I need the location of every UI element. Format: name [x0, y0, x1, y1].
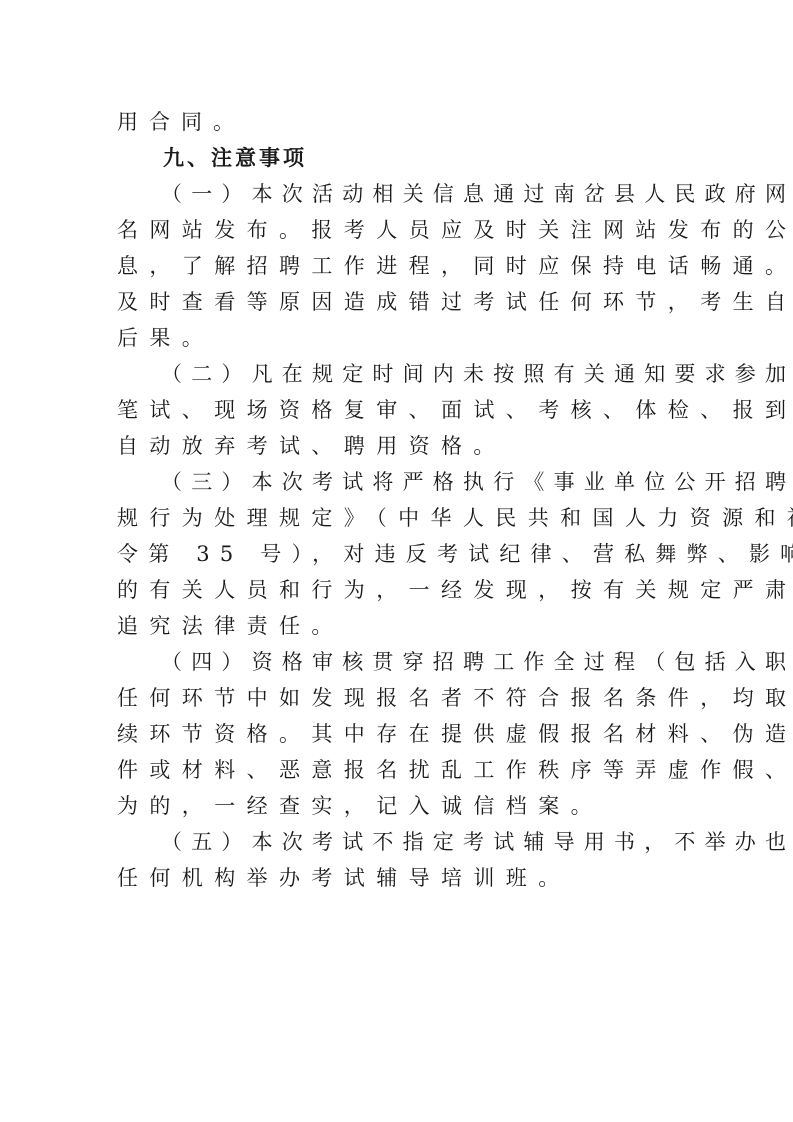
continuation-text: 用合同。	[117, 104, 673, 140]
paragraph-line: 追究法律责任。	[117, 608, 673, 644]
paragraph-line: 续环节资格。其中存在提供虚假报名材料、伪造编造有关证	[117, 716, 673, 752]
paragraph-line: 任何机构举办考试辅导培训班。	[117, 860, 673, 896]
notice-item-3: （三）本次考试将严格执行《事业单位公开招聘违纪违 规行为处理规定》（中华人民共和…	[117, 464, 673, 644]
paragraph-line: （四）资格审核贯穿招聘工作全过程（包括入职后），	[117, 644, 673, 680]
paragraph-line: 息，了解招聘工作进程，同时应保持电话畅通。若因个人未	[117, 248, 673, 284]
notice-item-2: （二）凡在规定时间内未按照有关通知要求参加报名、 笔试、现场资格复审、面试、考核…	[117, 356, 673, 464]
paragraph-line: （三）本次考试将严格执行《事业单位公开招聘违纪违	[117, 464, 673, 500]
paragraph-line: 的有关人员和行为，一经发现，按有关规定严肃处理，直至	[117, 572, 673, 608]
paragraph-line: 令第 35 号），对违反考试纪律、营私舞弊、影响公平公正	[117, 536, 673, 572]
paragraph-line: 自动放弃考试、聘用资格。	[117, 428, 673, 464]
paragraph-line: （二）凡在规定时间内未按照有关通知要求参加报名、	[117, 356, 673, 392]
notice-item-1: （一）本次活动相关信息通过南岔县人民政府网站及报 名网站发布。报考人员应及时关注…	[117, 176, 673, 356]
section-heading: 九、注意事项	[117, 140, 673, 176]
paragraph-line: （五）本次考试不指定考试辅导用书，不举办也不委托	[117, 824, 673, 860]
document-page: 用合同。 九、注意事项 （一）本次活动相关信息通过南岔县人民政府网站及报 名网站…	[117, 104, 673, 896]
notice-item-4: （四）资格审核贯穿招聘工作全过程（包括入职后）， 任何环节中如发现报名者不符合报…	[117, 644, 673, 824]
paragraph-line: 任何环节中如发现报名者不符合报名条件，均取消其参加后	[117, 680, 673, 716]
paragraph-line: 名网站发布。报考人员应及时关注网站发布的公告和有关信	[117, 212, 673, 248]
paragraph-line: 笔试、现场资格复审、面试、考核、体检、报到等，均视为	[117, 392, 673, 428]
paragraph-line: 及时查看等原因造成错过考试任何环节，考生自行承担相应	[117, 284, 673, 320]
paragraph-line: 后果。	[117, 320, 673, 356]
notice-item-5: （五）本次考试不指定考试辅导用书，不举办也不委托 任何机构举办考试辅导培训班。	[117, 824, 673, 896]
paragraph-line: （一）本次活动相关信息通过南岔县人民政府网站及报	[117, 176, 673, 212]
paragraph-line: 为的，一经查实，记入诚信档案。	[117, 788, 673, 824]
paragraph-line: 件或材料、恶意报名扰乱工作秩序等弄虚作假、违纪作弊行	[117, 752, 673, 788]
paragraph-line: 规行为处理规定》（中华人民共和国人力资源和社会保障部	[117, 500, 673, 536]
